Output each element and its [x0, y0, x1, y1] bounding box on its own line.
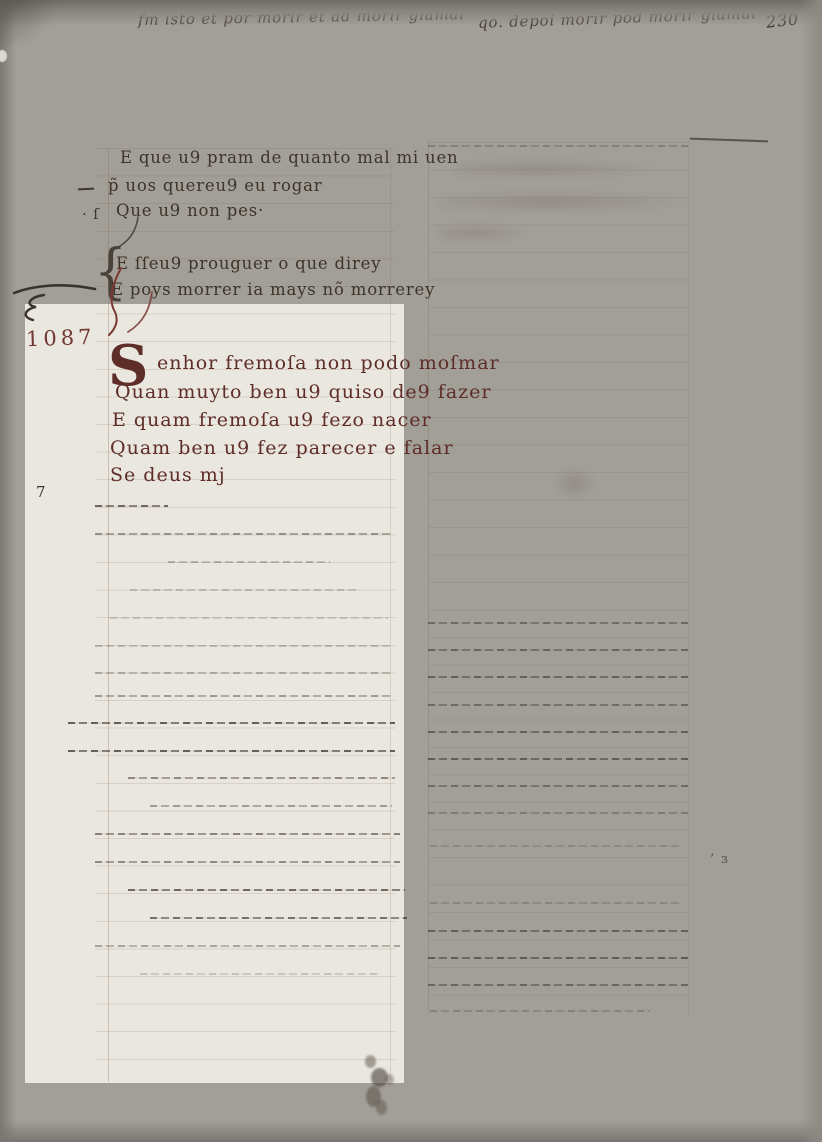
ruled-line: [95, 645, 390, 647]
ruled-line: [428, 930, 688, 932]
margin-dash-mark: [78, 188, 94, 191]
ruled-line: [95, 505, 168, 507]
ink-stain: [385, 1074, 394, 1085]
page-corner-shadow: [0, 0, 60, 50]
ink-marks: ’ɜ: [710, 852, 735, 867]
ruled-line: [95, 533, 392, 535]
ruled-line: [428, 984, 688, 986]
top-annotation-left: fm isto et por morir et ad morir giamai: [138, 5, 465, 29]
text-line: Se deus mj: [110, 464, 226, 486]
ruled-line: [95, 672, 390, 674]
ruled-line: [68, 750, 395, 752]
text-line: p̃ uos quereu9 eu rogar: [108, 176, 322, 195]
ruled-line: [168, 561, 330, 563]
ruled-line: [95, 861, 400, 863]
vertical-rule: [688, 140, 689, 1014]
page-edge-left: [0, 0, 16, 1142]
ruled-line: [110, 617, 388, 619]
ruling-right-column: [428, 142, 688, 1014]
ruled-line: [430, 845, 680, 847]
ruled-line: [428, 758, 688, 760]
ruled-line: [150, 805, 392, 807]
bleedthrough-smudge: [438, 192, 683, 212]
ruled-line: [428, 649, 688, 651]
ruled-line: [428, 676, 688, 678]
ruled-line: [428, 731, 688, 733]
ruled-line: [430, 1010, 650, 1012]
text-line: Que u9 non pes·: [116, 201, 264, 220]
text-line: Quam ben u9 fez parecer e falar: [110, 437, 454, 459]
ruled-line: [428, 622, 688, 624]
ruled-line: [68, 722, 395, 724]
ruled-line: [428, 957, 688, 959]
text-line: E ſſeu9 prouguer o que direy: [116, 254, 381, 273]
cantiga-number: 1087: [26, 325, 96, 351]
ink-stain: [376, 1100, 387, 1115]
text-line: Quan muyto ben u9 quiso de9 fazer: [115, 381, 492, 403]
ruled-line: [428, 785, 688, 787]
finida-margin-mark: · ſ: [82, 205, 100, 223]
text-line: E que u9 pram de quanto mal mi uen: [120, 148, 458, 167]
vertical-rule: [428, 140, 429, 1014]
bleedthrough-smudge: [438, 224, 528, 242]
ruled-line: [140, 973, 380, 975]
bleedthrough-smudge: [455, 160, 655, 178]
ruled-line: [128, 777, 395, 779]
folio-number: 230: [765, 9, 800, 31]
ruled-line: [690, 138, 768, 143]
page-edge-bottom: [0, 1120, 822, 1142]
ink-stain: [365, 1055, 376, 1068]
text-line: E quam fremoſa u9 fezo nacer: [112, 409, 432, 431]
ruled-line: [95, 695, 392, 697]
ruled-line: [428, 812, 688, 814]
ruled-line: [128, 889, 405, 891]
bleedthrough-smudge: [555, 468, 595, 498]
text-line: enhor fremoſa non podo moſmar: [157, 352, 500, 374]
paper-speck: [0, 50, 7, 62]
text-line: E poys morrer ia mays nõ morrerey: [111, 280, 435, 299]
ruled-line: [130, 589, 360, 591]
page-edge-right: [800, 0, 822, 1142]
top-annotation-right: qo. depoi morir pod morir giamai: [478, 4, 757, 32]
ruled-line: [428, 145, 688, 147]
margin-mark-seven: 7: [36, 483, 46, 501]
ruled-line: [430, 902, 680, 904]
ruled-line: [95, 833, 400, 835]
ruled-line: [150, 917, 407, 919]
ruled-line: [95, 945, 400, 947]
manuscript-page: fm isto et por morir et ad morir giamai …: [0, 0, 822, 1142]
ruled-line: [428, 704, 688, 706]
